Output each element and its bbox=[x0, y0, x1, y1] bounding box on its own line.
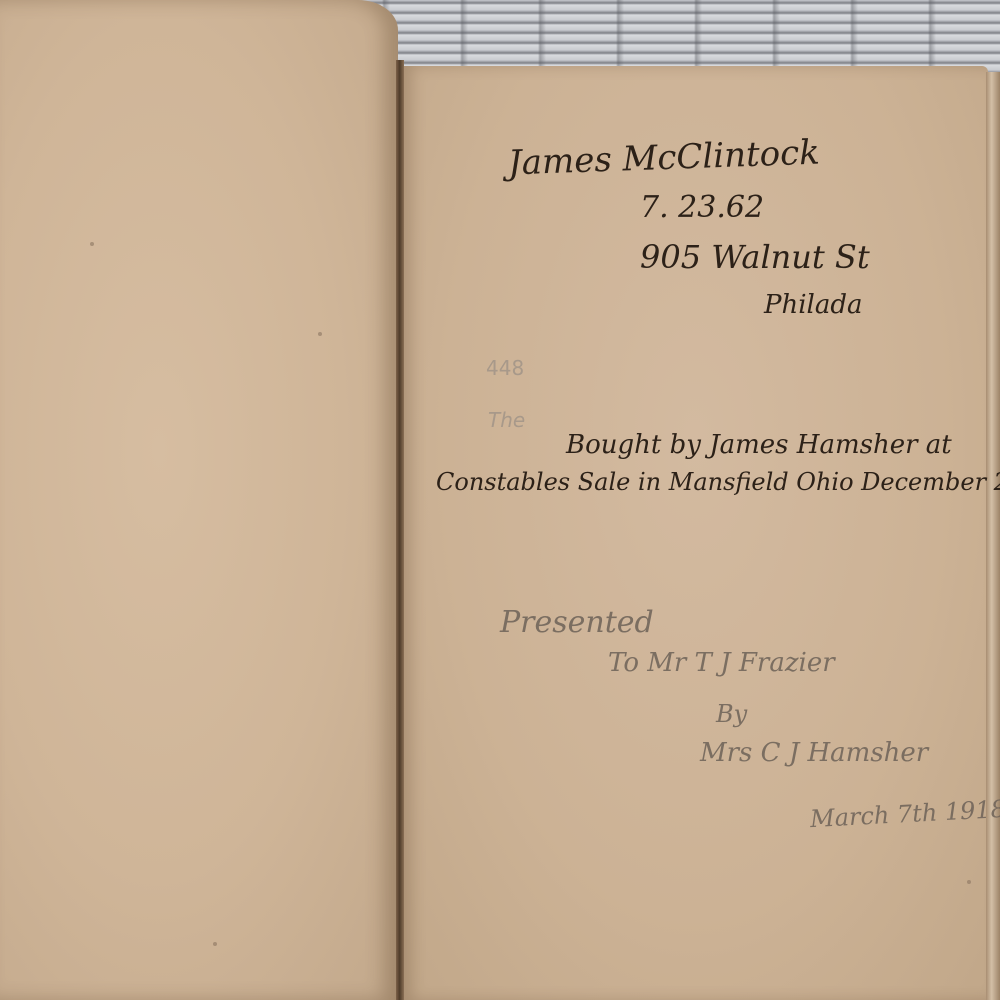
book-gutter bbox=[396, 60, 404, 1000]
presented-by-name: Mrs C J Hamsher bbox=[700, 738, 928, 768]
presented-heading: Presented bbox=[500, 605, 654, 640]
owner-city: Philada bbox=[764, 290, 863, 320]
foxing-spot bbox=[318, 332, 322, 336]
purchase-line-1: Bought by James Hamsher at bbox=[566, 430, 952, 460]
presented-by-label: By bbox=[716, 700, 747, 728]
purchase-line-2: Constables Sale in Mansfield Ohio Decemb… bbox=[436, 468, 1000, 496]
owner-address: 905 Walnut St bbox=[640, 238, 870, 276]
catalog-number: 448 bbox=[486, 356, 524, 380]
page-edges bbox=[986, 72, 1000, 1000]
faint-mark: The bbox=[488, 408, 525, 432]
foxing-spot bbox=[213, 942, 217, 946]
presented-to: To Mr T J Frazier bbox=[608, 648, 835, 678]
owner-date: 7. 23.62 bbox=[640, 190, 764, 225]
foxing-spot bbox=[90, 242, 94, 246]
left-page-blank bbox=[0, 0, 398, 1000]
foxing-spot bbox=[967, 880, 971, 884]
